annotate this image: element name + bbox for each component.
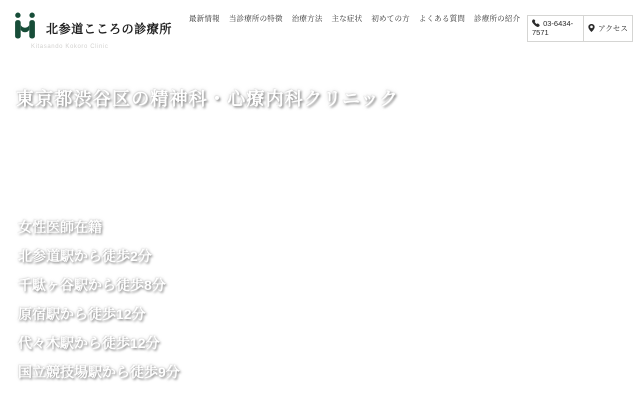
site-header: 北参道こころの診療所 Kitasando Kokoro Clinic 最新情報 … xyxy=(0,0,640,57)
feature-female-doctor: 女性医師在籍 xyxy=(18,220,180,234)
hero-section: 東京都渋谷区の精神科・心療内科クリニック 女性医師在籍 北参道駅から徒歩2分 千… xyxy=(0,57,640,400)
access-label: アクセス xyxy=(598,23,628,34)
nav-item-about[interactable]: 診療所の紹介 xyxy=(474,13,520,24)
feature-kitasando-walk: 北参道駅から徒歩2分 xyxy=(18,249,180,263)
clinic-name: 北参道こころの診療所 xyxy=(46,20,172,37)
hero-heading: 東京都渋谷区の精神科・心療内科クリニック xyxy=(16,85,399,111)
phone-icon xyxy=(532,19,543,28)
phone-button[interactable]: 03-6434-7571 xyxy=(527,15,584,42)
feature-sendagaya-walk: 千駄ヶ谷駅から徒歩8分 xyxy=(18,278,180,292)
map-pin-icon xyxy=(588,24,595,34)
nav-item-features[interactable]: 当診療所の特徴 xyxy=(229,13,283,24)
feature-kokuritsu-walk: 国立競技場駅から徒歩9分 xyxy=(18,365,180,379)
site-logo[interactable]: 北参道こころの診療所 xyxy=(12,12,172,45)
clinic-subtitle: Kitasando Kokoro Clinic xyxy=(31,44,109,50)
nav-item-first-visit[interactable]: 初めての方 xyxy=(371,13,410,24)
clinic-logo-icon xyxy=(12,12,38,45)
nav-item-faq[interactable]: よくある質問 xyxy=(419,13,465,24)
nav-item-symptoms[interactable]: 主な症状 xyxy=(332,13,363,24)
nav-item-treatment[interactable]: 治療方法 xyxy=(292,13,323,24)
feature-harajuku-walk: 原宿駅から徒歩12分 xyxy=(18,307,180,321)
main-nav: 最新情報 当診療所の特徴 治療方法 主な症状 初めての方 よくある質問 診療所の… xyxy=(189,13,555,24)
header-contact: 03-6434-7571 アクセス xyxy=(527,15,633,42)
nav-item-news[interactable]: 最新情報 xyxy=(189,13,220,24)
clinic-feature-list: 女性医師在籍 北参道駅から徒歩2分 千駄ヶ谷駅から徒歩8分 原宿駅から徒歩12分… xyxy=(18,220,180,394)
access-button[interactable]: アクセス xyxy=(583,15,633,42)
feature-yoyogi-walk: 代々木駅から徒歩12分 xyxy=(18,336,180,350)
